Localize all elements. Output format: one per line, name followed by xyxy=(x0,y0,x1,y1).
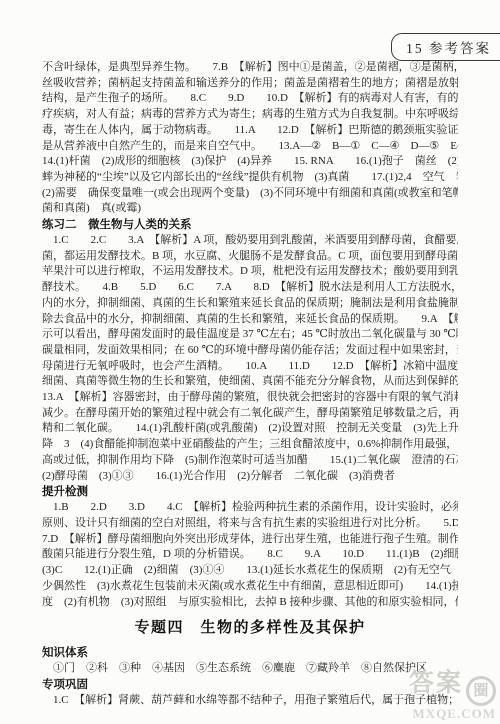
text-line: 13.A 【解析】容器密封，由于酵母菌的繁殖，很快就会把密封的容器中有限的氧气消… xyxy=(42,390,458,406)
text-line: 1.B 2.D 3.D 4.C 【解析】检验两种抗生素的杀菌作用，设计实验时，必… xyxy=(42,500,458,516)
answers-practice-2: 1.C 2.C 3.A 【解析】A 项，酸奶要用到乳酸菌，米酒要用到酵母菌，食醋… xyxy=(42,233,458,484)
text-line: ①门 ②科 ③种 ④基因 ⑤生态系统 ⑥麋鹿 ⑦藏羚羊 ⑧自然保护区 xyxy=(42,661,458,677)
text-line: 疗疾病，对人有益；病毒的营养方式为寄生；病毒的生殖方式为自我复制。中东呼吸综合征… xyxy=(42,107,458,123)
watermark-brand-text: 答案 xyxy=(409,670,463,697)
watermark-logo-icon: 圈 xyxy=(466,676,496,706)
watermark: 答案圈 MXQE.COM xyxy=(409,670,496,722)
text-line: 是从营养液中自然产生的，而是来自空气中。 13.A—② B—① C—④ D—⑤ … xyxy=(42,139,458,155)
answers-knowledge-system: ①门 ②科 ③种 ④基因 ⑤生态系统 ⑥麋鹿 ⑦藏羚羊 ⑧自然保护区 xyxy=(42,661,458,677)
text-line: 1.C 【解析】肾蕨、葫芦藓和水绵等都不结种子，用孢子繁殖后代，属于孢子植物；向… xyxy=(42,693,458,709)
section-title-knowledge-system: 知识体系 xyxy=(42,645,458,661)
text-line: 不含叶绿体，是典型异养生物。 7.B 【解析】图中①是菌盖，②是菌褶，③是菌柄，… xyxy=(42,60,458,76)
text-line: 酵技术。 4.B 5.D 6.C 7.A 8.D 【解析】脱水法是利用人工方法脱… xyxy=(42,280,458,296)
text-line: 除去食品中的水分，抑制细菌、真菌的生长和繁殖，来延长食品的保质期。 9.A 【解… xyxy=(42,312,458,328)
text-line: 精和二氧化碳。 14.(1)乳酸杆菌(或乳酸菌) (2)设置对照 控制无关变量 … xyxy=(42,421,458,437)
section-title-improvement-test: 提升检测 xyxy=(42,484,458,500)
text-line: 菌，都运用发酵技术。B 项，水豆腐、火腿肠不是发酵食品。C 项，面包要用到酵母菌… xyxy=(42,249,458,265)
text-line: 苹果汁可以进行榨取，不运用发酵技术。D 项，枇杷没有运用发酵技术；酸奶要用到乳酸… xyxy=(42,264,458,280)
text-line: 示可以看出，酵母菌发面时的最佳温度是 37 ℃左右；45 ℃时放出二氧化碳量与 … xyxy=(42,327,458,343)
text-line: 降 3 (4)食醋能抑制泡菜中亚硝酸盐的产生；三组食醋浓度中，0.6%抑制作用最… xyxy=(42,437,458,453)
section-title-special-consolidation: 专项巩固 xyxy=(42,677,458,693)
watermark-domain: MXQE.COM xyxy=(409,706,496,722)
text-line: 母菌进行无氧呼吸时，也会产生酒精。 10.A 11.D 12.D 【解析】冰箱中… xyxy=(42,359,458,375)
text-line: 14.(1)杆菌 (2)成形的细胞核 (3)保护 (4)异养 15. RNA 1… xyxy=(42,154,458,170)
text-line: (2)需要 确保变量唯一(或会出现两个变量) (3)不同环境中有细菌和真菌(或教… xyxy=(42,186,458,202)
section-title-practice-2: 练习二 微生物与人类的关系 xyxy=(42,217,458,233)
page-number-label-text: 15 参考答案 xyxy=(406,41,491,56)
chapter-title: 专题四 生物的多样性及其保护 xyxy=(42,618,458,638)
text-line: 碳量相同，发面效果相同；在 60 ℃的环境中酵母菌仍能存活；发面过程中如果密封，… xyxy=(42,343,458,359)
text-line: 度 (2)有机物 (3)对照组 与原实验相比，去掉 B 接种步骤、其他的和原实验… xyxy=(42,595,458,611)
page-number-label: 15 参考答案 xyxy=(391,33,500,61)
text-line: (3)C 12.(1)正确 (2)细菌 (3)①④ 13.(1)延长水煮花生的保… xyxy=(42,563,458,579)
text-line: 丝吸收营养；菌柄起支持菌盖和输送养分的作用；菌盖是菌褶着生的地方；菌褶是放射状排… xyxy=(42,76,458,92)
text-line: 内的水分，抑制细菌、真菌的生长和繁殖来延长食品的保质期；腌制法是利用食盐腌制，利… xyxy=(42,296,458,312)
text-line: 酸菌只能进行分裂生殖，D 项的分析错误。 8.C 9.A 10.D 11.(1)… xyxy=(42,547,458,563)
text-line: 结构，是产生孢子的场所。 8.C 9.D 10.D 【解析】有的病毒对人有害，有… xyxy=(42,91,458,107)
answers-paragraph-continued: 不含叶绿体，是典型异养生物。 7.B 【解析】图中①是菌盖，②是菌褶，③是菌柄，… xyxy=(42,60,458,217)
watermark-brand: 答案圈 xyxy=(409,670,496,706)
answers-special-consolidation: 1.C 【解析】肾蕨、葫芦藓和水绵等都不结种子，用孢子繁殖后代，属于孢子植物；向… xyxy=(42,693,458,709)
answers-improvement-test: 1.B 2.D 3.D 4.C 【解析】检验两种抗生素的杀菌作用，设计实验时，必… xyxy=(42,500,458,610)
text-line: 7.D 【解析】酵母菌细胞向外突出形成芽体，进行出芽生殖，也能进行孢子生殖。制作… xyxy=(42,532,458,548)
text-line: 高或过低，抑制作用均下降 (5)制作泡菜时可适当加醋 15.(1)二氧化碳 澄清… xyxy=(42,453,458,469)
text-line: (2)酵母菌 (3)①③ 16.(1)光合作用 (2)分解者 二氧化碳 (3)消… xyxy=(42,469,458,485)
text-line: 减少。在酵母菌开始的繁殖过程中就会有二氧化碳产生，酵母菌繁殖足够数量之后，再发酵… xyxy=(42,406,458,422)
text-line: 少偶然性 (3)水煮花生包装前未灭菌(或水煮花生中有细菌，意思相近即可) 14.… xyxy=(42,579,458,595)
text-line: 1.C 2.C 3.A 【解析】A 项，酸奶要用到乳酸菌，米酒要用到酵母菌，食醋… xyxy=(42,233,458,249)
text-line: 蟀为神秘的“尘埃”以及它内部长出的“丝线”提供有机物 (3)真菌 17.(1)2… xyxy=(42,170,458,186)
page-content: 不含叶绿体，是典型异养生物。 7.B 【解析】图中①是菌盖，②是菌褶，③是菌柄，… xyxy=(42,60,458,709)
text-line: 毒，寄生在人体内，属于动物病毒。 11.A 12.D 【解析】巴斯德的鹅颈瓶实验… xyxy=(42,123,458,139)
text-line: 细菌、真菌等微生物的生长和繁殖，使细菌、真菌不能充分分解食物，从而达到保鲜的目的… xyxy=(42,374,458,390)
text-line: 原则、设计只有细菌的空白对照组，将来与含有抗生素的实验组进行对比分析。 5.D … xyxy=(42,516,458,532)
answer-book-page: 15 参考答案 不含叶绿体，是典型异养生物。 7.B 【解析】图中①是菌盖，②是… xyxy=(0,0,500,724)
text-line: 菌和真菌) 真(或霉) xyxy=(42,201,458,217)
